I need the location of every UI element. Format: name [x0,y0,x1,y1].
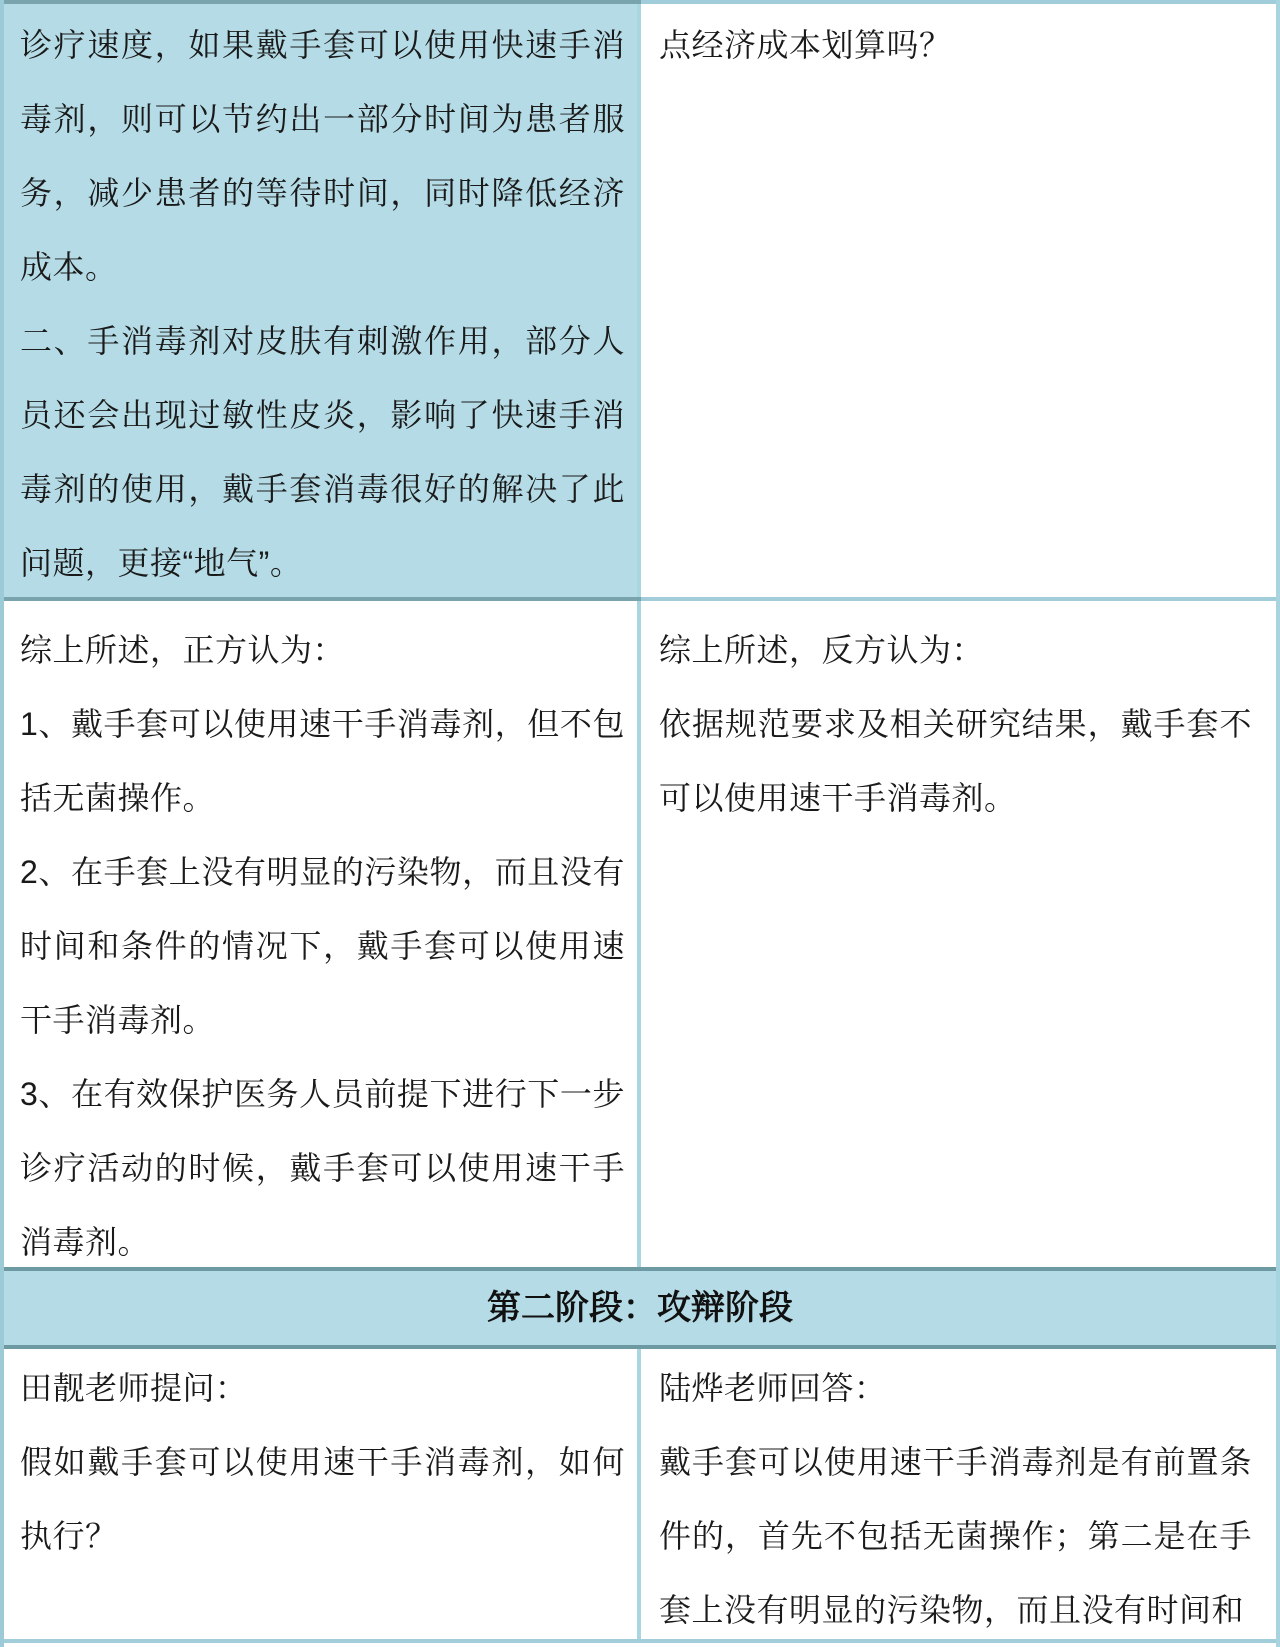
debate-table-page: 诊疗速度，如果戴手套可以使用快速手消毒剂，则可以节约出一部分时间为患者服务，减少… [0,0,1280,1647]
question-speaker: 田靓老师提问： [20,1351,625,1425]
answer-body: 戴手套可以使用速干手消毒剂是有前置条件的，首先不包括无菌操作；第二是在手套上没有… [659,1425,1252,1639]
cell-con-conclusion: 综上所述，反方认为： 依据规范要求及相关研究结果，戴手套不可以使用速干手消毒剂。 [637,601,1276,1267]
pro-opening-paragraph-2: 二、手消毒剂对皮肤有刺激作用，部分人员还会出现过敏性皮炎，影响了快速手消毒剂的使… [20,304,625,597]
question-body: 假如戴手套可以使用速干手消毒剂，如何执行？ [20,1425,625,1573]
con-opening-paragraph-1: 点经济成本划算吗？ [659,8,1252,82]
pro-conclusion-point-1: 1、戴手套可以使用速干手消毒剂，但不包括无菌操作。 [20,687,625,835]
cell-answer: 陆烨老师回答： 戴手套可以使用速干手消毒剂是有前置条件的，首先不包括无菌操作；第… [637,1349,1276,1639]
table-row-opening-statement: 诊疗速度，如果戴手套可以使用快速手消毒剂，则可以节约出一部分时间为患者服务，减少… [4,4,1276,597]
cell-pro-conclusion: 综上所述，正方认为： 1、戴手套可以使用速干手消毒剂，但不包括无菌操作。 2、在… [4,601,637,1267]
table-row-conclusions: 综上所述，正方认为： 1、戴手套可以使用速干手消毒剂，但不包括无菌操作。 2、在… [4,601,1276,1267]
pro-opening-paragraph-1: 诊疗速度，如果戴手套可以使用快速手消毒剂，则可以节约出一部分时间为患者服务，减少… [20,8,625,304]
pro-conclusion-intro: 综上所述，正方认为： [20,613,625,687]
answer-speaker: 陆烨老师回答： [659,1351,1252,1425]
con-conclusion-intro: 综上所述，反方认为： [659,613,1252,687]
stage-header-row: 第二阶段：攻辩阶段 [4,1271,1276,1345]
table-row-question-answer: 田靓老师提问： 假如戴手套可以使用速干手消毒剂，如何执行？ 陆烨老师回答： 戴手… [4,1349,1276,1639]
cell-question: 田靓老师提问： 假如戴手套可以使用速干手消毒剂，如何执行？ [4,1349,637,1639]
pro-conclusion-point-2: 2、在手套上没有明显的污染物，而且没有时间和条件的情况下，戴手套可以使用速干手消… [20,835,625,1057]
cell-pro-opening-statement: 诊疗速度，如果戴手套可以使用快速手消毒剂，则可以节约出一部分时间为患者服务，减少… [4,4,637,597]
stage-header-title: 第二阶段：攻辩阶段 [487,1271,793,1345]
cell-con-opening-statement: 点经济成本划算吗？ [637,4,1276,597]
table-bottom-border [4,1639,1276,1643]
pro-conclusion-point-3: 3、在有效保护医务人员前提下进行下一步诊疗活动的时候，戴手套可以使用速干手消毒剂… [20,1057,625,1267]
con-conclusion-body: 依据规范要求及相关研究结果，戴手套不可以使用速干手消毒剂。 [659,687,1252,835]
